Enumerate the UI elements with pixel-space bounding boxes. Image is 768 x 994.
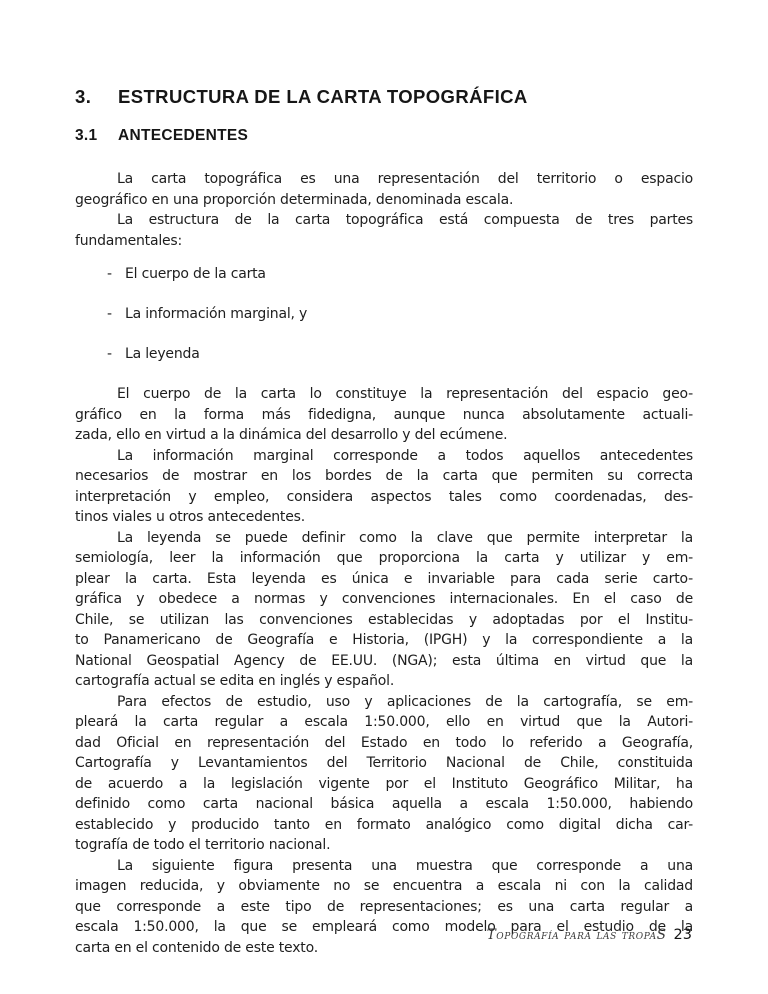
text-line: de acuerdo a la legislación vigente por … [75,774,693,795]
text-line: zada, ello en virtud a la dinámica del d… [75,425,693,446]
list-item: -El cuerpo de la carta [107,264,693,285]
section-heading: 3. ESTRUCTURA DE LA CARTA TOPOGRÁFICA [75,86,693,108]
text-line: interpretación y empleo, considera aspec… [75,487,693,508]
text-line: gráfico en la forma más fidedigna, aunqu… [75,405,693,426]
text-line: geográfico en una proporción determinada… [75,190,693,211]
text-line: establecido y producido tanto en formato… [75,815,693,836]
text-line: La estructura de la carta topográfica es… [75,210,693,231]
body-text: La carta topográfica es una representaci… [75,169,693,958]
paragraph: El cuerpo de la carta lo constituye la r… [75,384,693,446]
list-item: -La leyenda [107,344,693,365]
page-number: 23 [674,927,692,943]
list-item-label: La leyenda [125,344,200,365]
text-line: La siguiente figura presenta una muestra… [75,856,693,877]
text-line: tinos viales u otros antecedentes. [75,507,693,528]
text-line: pleará la carta regular a escala 1:50.00… [75,712,693,733]
list-item-label: La información marginal, y [125,304,307,325]
text-line: La leyenda se puede definir como la clav… [75,528,693,549]
text-line: El cuerpo de la carta lo constituye la r… [75,384,693,405]
bullet-dash: - [107,264,125,285]
text-line: Para efectos de estudio, uso y aplicacio… [75,692,693,713]
list-item: -La información marginal, y [107,304,693,325]
paragraph: La carta topográfica es una representaci… [75,169,693,210]
document-page: 3. ESTRUCTURA DE LA CARTA TOPOGRÁFICA 3.… [0,0,768,994]
paragraph: La estructura de la carta topográfica es… [75,210,693,251]
running-title: Topografía para las tropaS [487,927,667,943]
list-item-label: El cuerpo de la carta [125,264,266,285]
text-line: necesarios de mostrar en los bordes de l… [75,466,693,487]
page-content: 3. ESTRUCTURA DE LA CARTA TOPOGRÁFICA 3.… [75,86,693,958]
text-line: cartografía actual se edita en inglés y … [75,671,693,692]
paragraph: La leyenda se puede definir como la clav… [75,528,693,692]
text-line: semiología, leer la información que prop… [75,548,693,569]
paragraph: Para efectos de estudio, uso y aplicacio… [75,692,693,856]
subsection-heading: 3.1 ANTECEDENTES [75,127,693,145]
text-line: gráfica y obedece a normas y convencione… [75,589,693,610]
text-line: que corresponde a este tipo de represent… [75,897,693,918]
text-line: Cartografía y Levantamientos del Territo… [75,753,693,774]
subsection-title: ANTECEDENTES [118,127,248,145]
bullet-dash: - [107,304,125,325]
text-line: definido como carta nacional básica aque… [75,794,693,815]
text-line: La información marginal corresponde a to… [75,446,693,467]
text-line: fundamentales: [75,231,693,252]
subsection-number: 3.1 [75,127,118,145]
text-line: National Geospatial Agency de EE.UU. (NG… [75,651,693,672]
text-line: dad Oficial en representación del Estado… [75,733,693,754]
text-line: tografía de todo el territorio nacional. [75,835,693,856]
text-line: Chile, se utilizan las convenciones esta… [75,610,693,631]
paragraph: La información marginal corresponde a to… [75,446,693,528]
bullet-dash: - [107,344,125,365]
text-line: La carta topográfica es una representaci… [75,169,693,190]
text-line: imagen reducida, y obviamente no se encu… [75,876,693,897]
section-title: ESTRUCTURA DE LA CARTA TOPOGRÁFICA [118,86,528,108]
section-number: 3. [75,86,118,108]
page-footer: Topografía para las tropaS 23 [487,927,692,943]
text-line: to Panamericano de Geografía e Historia,… [75,630,693,651]
bullet-list: -El cuerpo de la carta-La información ma… [107,264,693,365]
text-line: plear la carta. Esta leyenda es única e … [75,569,693,590]
